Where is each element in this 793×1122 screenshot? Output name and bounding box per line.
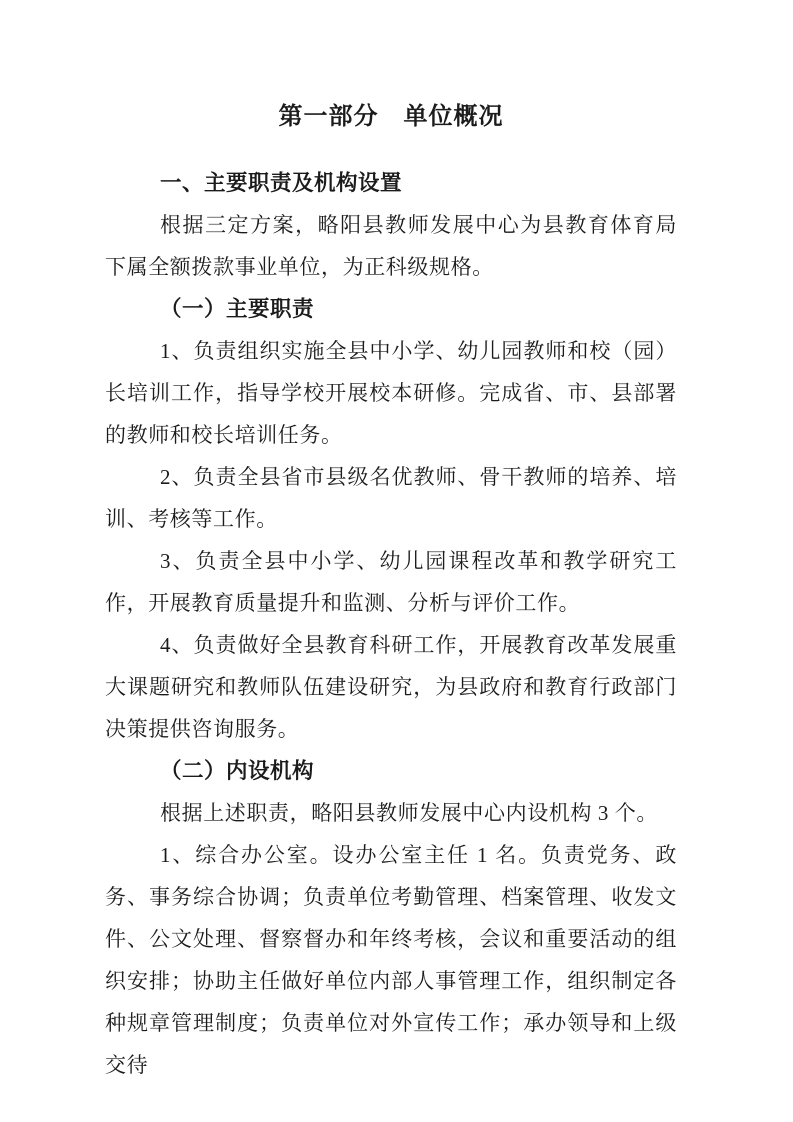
paragraph: 4、负责做好全县教育科研工作，开展教育改革发展重大课题研究和教师队伍建设研究，为… [105,624,677,750]
paragraph: 1、负责组织实施全县中小学、幼儿园教师和校（园）长培训工作，指导学校开展校本研修… [105,330,677,456]
paragraph: 根据上述职责，略阳县教师发展中心内设机构 3 个。 [105,792,677,834]
paragraph: 根据三定方案，略阳县教师发展中心为县教育体育局下属全额拨款事业单位，为正科级规格… [105,204,677,288]
paragraph: 2、负责全县省市县级名优教师、骨干教师的培养、培训、考核等工作。 [105,456,677,540]
paragraph: 1、综合办公室。设办公室主任 1 名。负责党务、政务、事务综合协调；负责单位考勤… [105,834,677,1086]
section-heading: 一、主要职责及机构设置 [105,162,677,204]
paragraph: 3、负责全县中小学、幼儿园课程改革和教学研究工作，开展教育质量提升和监测、分析与… [105,540,677,624]
document-title: 第一部分 单位概况 [105,92,677,142]
section-heading: （一）主要职责 [105,288,677,330]
document-page: 第一部分 单位概况 一、主要职责及机构设置根据三定方案，略阳县教师发展中心为县教… [0,0,793,1122]
section-heading: （二）内设机构 [105,750,677,792]
document-body: 一、主要职责及机构设置根据三定方案，略阳县教师发展中心为县教育体育局下属全额拨款… [105,162,677,1086]
